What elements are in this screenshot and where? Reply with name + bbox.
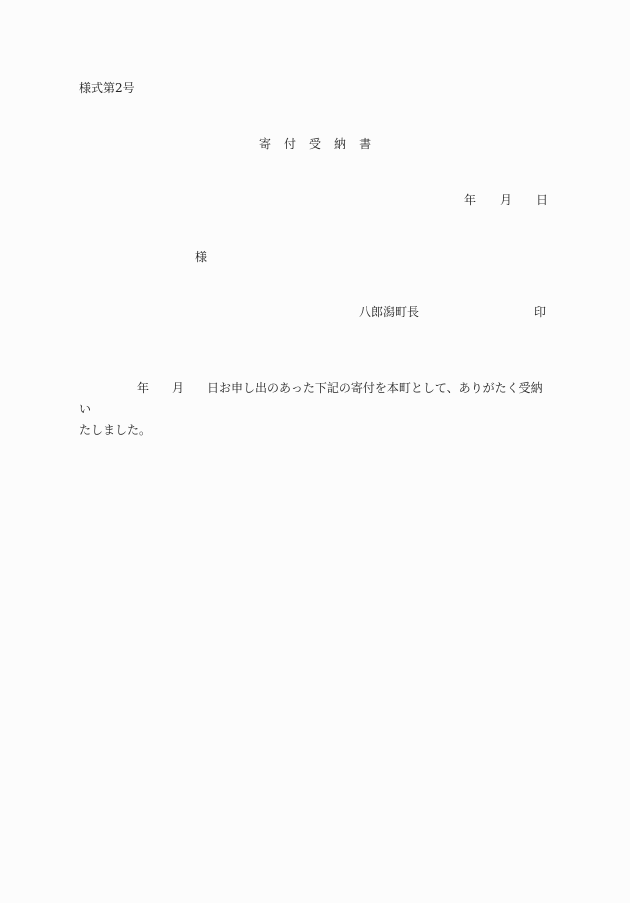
body-month-label: 月 <box>172 381 184 395</box>
title-char: 寄 <box>259 137 271 151</box>
form-number: 様式第2号 <box>79 81 135 95</box>
document-title: 寄付受納書 <box>259 137 371 151</box>
body-text-line2: たしました。 <box>79 423 151 437</box>
body-paragraph: 年月日お申し出のあった下記の寄付を本町として、ありがたく受納い たしました。 <box>79 378 549 441</box>
title-char: 受 <box>309 137 321 151</box>
date-month-label: 月 <box>500 193 512 207</box>
title-char: 納 <box>334 137 346 151</box>
issue-date: 年月日 <box>464 193 548 207</box>
seal-mark: 印 <box>534 305 546 319</box>
date-day-label: 日 <box>536 193 548 207</box>
issuer-name: 八郎潟町長 <box>359 305 419 319</box>
body-year-label: 年 <box>137 381 149 395</box>
date-year-label: 年 <box>464 193 476 207</box>
addressee-honorific: 様 <box>195 250 207 264</box>
title-char: 付 <box>284 137 296 151</box>
title-char: 書 <box>359 137 371 151</box>
